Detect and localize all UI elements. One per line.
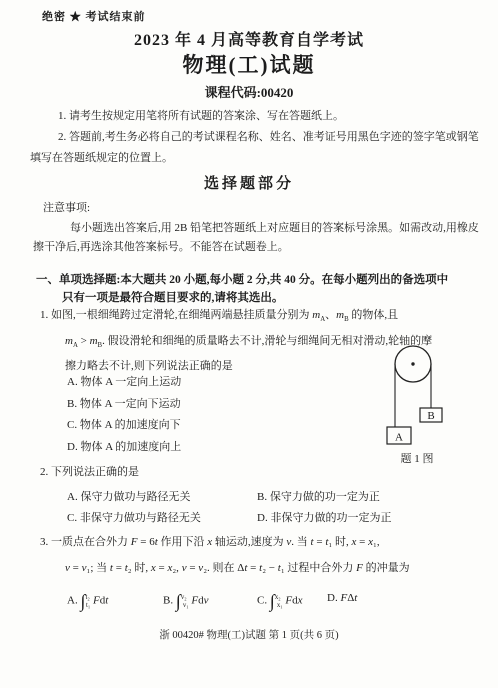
question-3-option-c: C. ∫x₂x₁ Fdx	[257, 586, 303, 618]
notes-label: 注意事项:	[0, 199, 498, 219]
question-3-option-b: B. ∫v₂v₁ Fdv	[163, 586, 209, 618]
paper-title: 物理(工)试题	[0, 49, 498, 79]
pulley-axle-dot	[411, 362, 414, 365]
exam-paper-page: 绝密 ★ 考试结束前 2023 年 4 月高等教育自学考试 物理(工)试题 课程…	[0, 0, 498, 688]
instruction-line-1: 1. 请考生按规定用笔将所有试题的答案涂、写在答题纸上。	[0, 106, 498, 127]
question-2-options-row-1: A. 保守力做功与路径无关 B. 保守力做的功一定为正	[0, 487, 498, 507]
question-3-line-1: 3. 一质点在合外力 F = 6t 作用下沿 x 轴运动,速度为 v. 当 t …	[0, 532, 498, 552]
section-title-multiple-choice: 选择题部分	[0, 172, 498, 193]
question-1-figure: B A	[373, 344, 461, 448]
question-1-line-1: 1. 如图,一根细绳跨过定滑轮,在细绳两端悬挂质量分别为 mA、mB 的物体,且	[0, 305, 498, 331]
question-1-option-a: A. 物体 A 一定向上运动	[0, 372, 360, 394]
part1-heading: 一、单项选择题:本大题共 20 小题,每小题 2 分,共 40 分。在每小题列出…	[0, 271, 498, 307]
question-2-option-a: A. 保守力做功与路径无关	[67, 487, 190, 507]
question-3-options-row: A. ∫t₂t₁ Fdt B. ∫v₂v₁ Fdv C. ∫x₂x₁ Fdx D…	[0, 586, 498, 612]
instruction-line-2-continued: 填写在答题纸规定的位置上。	[0, 148, 498, 169]
course-code: 课程代码:00420	[0, 82, 498, 101]
notes-block: 注意事项: 每小题选出答案后,用 2B 铅笔把答题纸上对应题目的答案标号涂黑。如…	[0, 199, 498, 258]
page-footer: 浙 00420# 物理(工)试题 第 1 页(共 6 页)	[0, 627, 498, 642]
question-3-line-2: v = v₁; 当 t = t₂ 时, x = x₂, v = v₂. 则在 Δ…	[0, 558, 498, 578]
security-classification-label: 绝密 ★ 考试结束前	[42, 8, 146, 24]
question-1-option-d: D. 物体 A 的加速度向上	[0, 437, 360, 459]
question-2-stem: 2. 下列说法正确的是	[0, 462, 498, 482]
notes-line-1: 每小题选出答案后,用 2B 铅笔把答题纸上对应题目的答案标号涂黑。如需改动,用橡…	[0, 219, 498, 239]
question-1-options: A. 物体 A 一定向上运动 B. 物体 A 一定向下运动 C. 物体 A 的加…	[0, 372, 360, 458]
question-2-option-b: B. 保守力做的功一定为正	[257, 487, 380, 507]
question-1-option-b: B. 物体 A 一定向下运动	[0, 394, 360, 416]
question-3-option-d: D. FΔt	[327, 586, 357, 610]
question-1-option-c: C. 物体 A 的加速度向下	[0, 415, 360, 437]
block-a-label: A	[395, 432, 403, 444]
instruction-line-2: 2. 答题前,考生务必将自己的考试课程名称、姓名、准考证号用黑色字迹的签字笔或钢…	[0, 127, 498, 148]
general-instructions: 1. 请考生按规定用笔将所有试题的答案涂、写在答题纸上。 2. 答题前,考生务必…	[0, 106, 498, 169]
block-b-label: B	[427, 410, 434, 422]
exam-session-title: 2023 年 4 月高等教育自学考试	[0, 27, 498, 50]
question-2-option-c: C. 非保守力做功与路径无关	[67, 508, 201, 528]
question-3-option-a: A. ∫t₂t₁ Fdt	[67, 586, 108, 618]
question-2-option-d: D. 非保守力做的功一定为正	[257, 508, 391, 528]
question-2-options-row-2: C. 非保守力做功与路径无关 D. 非保守力做的功一定为正	[0, 508, 498, 528]
notes-line-2: 擦干净后,再选涂其他答案标号。不能答在试题卷上。	[0, 238, 498, 258]
part1-heading-line-1: 一、单项选择题:本大题共 20 小题,每小题 2 分,共 40 分。在每小题列出…	[0, 271, 498, 289]
